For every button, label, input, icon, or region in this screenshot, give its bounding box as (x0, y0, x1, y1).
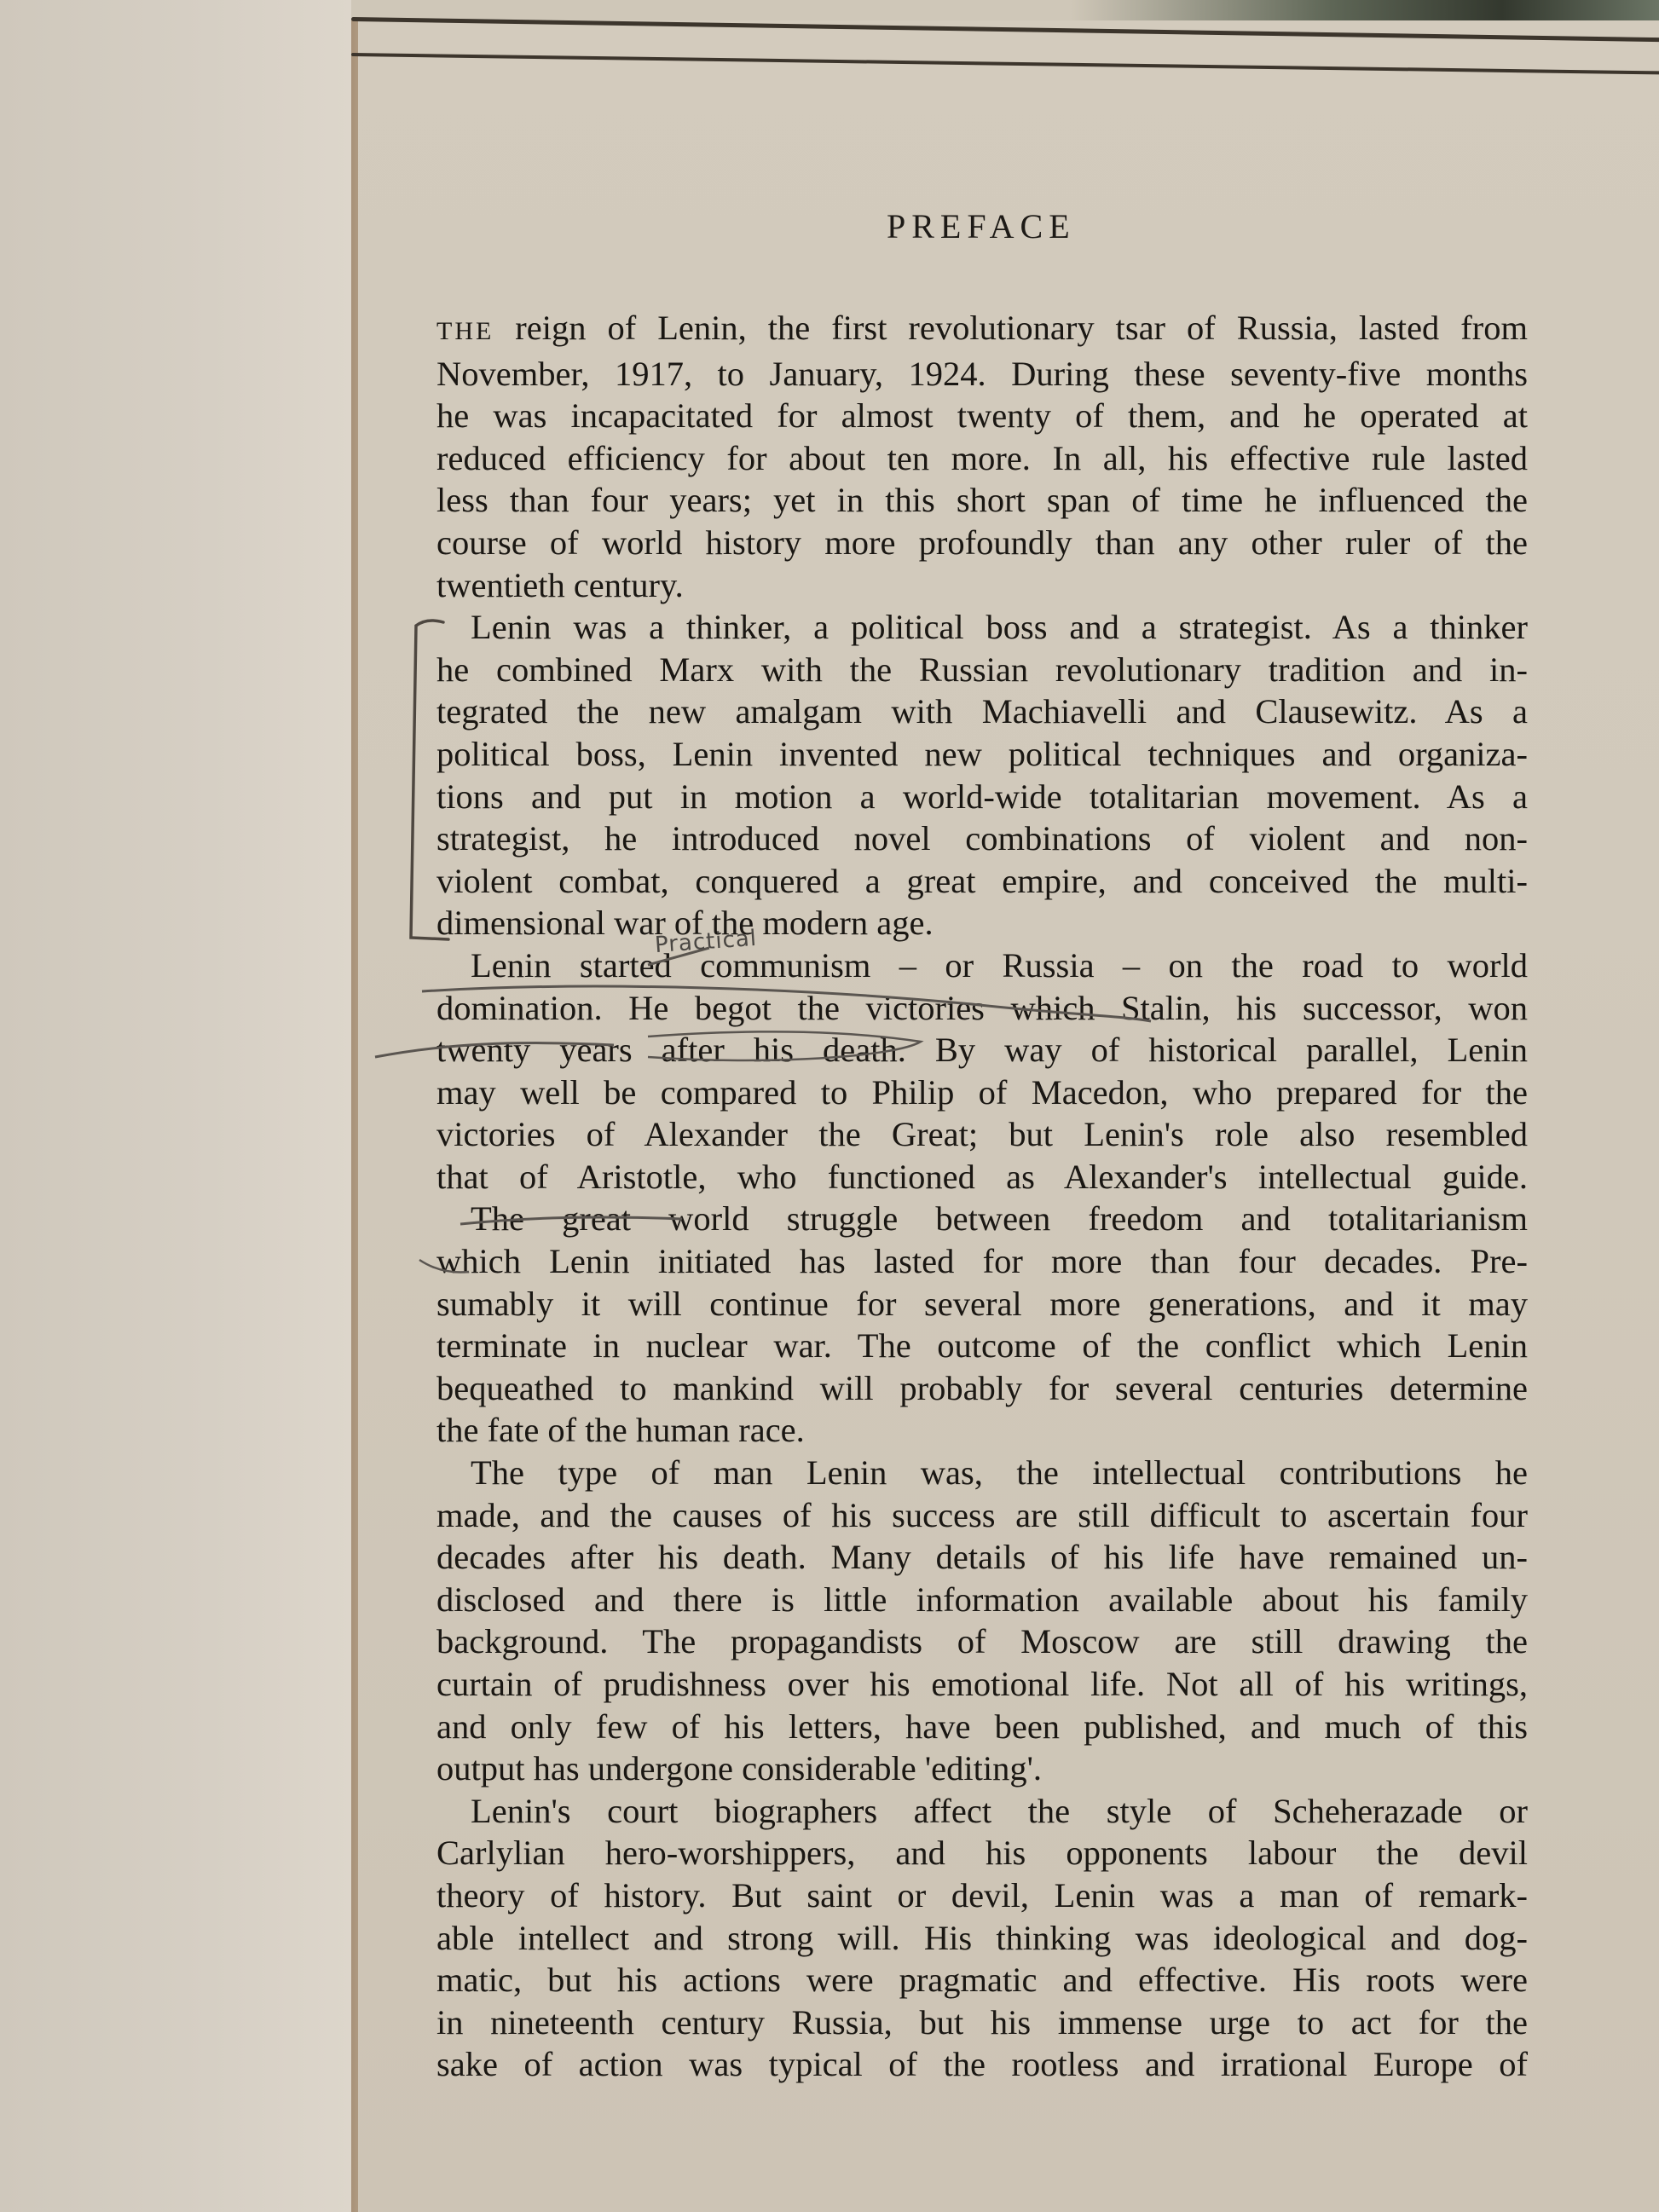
paragraph-2: Lenin was a thinker, a political boss an… (436, 606, 1528, 944)
text-line: sumably it will continue for several mor… (436, 1283, 1528, 1325)
text-line: victories of Alexander the Great; but Le… (436, 1113, 1528, 1156)
text-line: decades after his death. Many details of… (436, 1536, 1528, 1579)
text-line: less than four years; yet in this short … (436, 479, 1528, 522)
text-line: sake of action was typical of the rootle… (436, 2043, 1528, 2086)
text-line: reduced efficiency for about ten more. I… (436, 437, 1528, 480)
text-line: tegrated the new amalgam with Machiavell… (436, 690, 1528, 733)
text-line: course of world history more profoundly … (436, 522, 1528, 564)
text-line: Lenin was a thinker, a political boss an… (436, 606, 1528, 649)
text-line: bequeathed to mankind will probably for … (436, 1367, 1528, 1410)
text-line: the fate of the human race. (436, 1409, 1528, 1452)
text-line: he was incapacitated for almost twenty o… (436, 395, 1528, 437)
text-line: output has undergone considerable 'editi… (436, 1747, 1528, 1790)
text-line: THE reign of Lenin, the first revolution… (436, 307, 1528, 353)
text-line: The great world struggle between freedom… (436, 1198, 1528, 1240)
text-line: theory of history. But saint or devil, L… (436, 1874, 1528, 1917)
text-line: curtain of prudishness over his emotiona… (436, 1663, 1528, 1706)
page-title: PREFACE (887, 206, 1076, 246)
paragraph-5: The type of man Lenin was, the intellect… (436, 1452, 1528, 1790)
text-line: that of Aristotle, who functioned as Ale… (436, 1156, 1528, 1198)
preface-body: THE reign of Lenin, the first revolution… (436, 307, 1528, 2086)
text-line: in nineteenth century Russia, but his im… (436, 2001, 1528, 2044)
text-line: matic, but his actions were pragmatic an… (436, 1959, 1528, 2001)
text-line: he combined Marx with the Russian revolu… (436, 649, 1528, 691)
text-line: violent combat, conquered a great empire… (436, 860, 1528, 903)
page-top-edges (351, 0, 1659, 20)
paragraph-6: Lenin's court biographers affect the sty… (436, 1790, 1528, 2086)
text-line: Lenin's court biographers affect the sty… (436, 1790, 1528, 1833)
text-line: terminate in nuclear war. The outcome of… (436, 1325, 1528, 1367)
text-line: Carlylian hero-worshippers, and his oppo… (436, 1832, 1528, 1874)
text-line: tions and put in motion a world-wide tot… (436, 776, 1528, 818)
text-line: which Lenin initiated has lasted for mor… (436, 1240, 1528, 1283)
text-line: Lenin started communism – or Russia – on… (436, 944, 1528, 987)
text-line: disclosed and there is little informatio… (436, 1579, 1528, 1621)
text-line: background. The propagandists of Moscow … (436, 1620, 1528, 1663)
paragraph-1: THE reign of Lenin, the first revolution… (436, 307, 1528, 606)
text-line: domination. He begot the victories which… (436, 987, 1528, 1030)
text-line: and only few of his letters, have been p… (436, 1706, 1528, 1748)
text-line: political boss, Lenin invented new polit… (436, 733, 1528, 776)
text-line: dimensional war of the modern age. (436, 902, 1528, 944)
paragraph-4: The great world struggle between freedom… (436, 1198, 1528, 1452)
text-line: strategist, he introduced novel combinat… (436, 817, 1528, 860)
text-line: may well be compared to Philip of Macedo… (436, 1071, 1528, 1114)
left-page-blank (0, 0, 351, 2212)
text-line: November, 1917, to January, 1924. During… (436, 353, 1528, 396)
text-line: able intellect and strong will. His thin… (436, 1917, 1528, 1960)
paragraph-3: Lenin started communism – or Russia – on… (436, 944, 1528, 1198)
text-line: The type of man Lenin was, the intellect… (436, 1452, 1528, 1494)
text-line: twenty years after his death. By way of … (436, 1029, 1528, 1071)
text-line: made, and the causes of his success are … (436, 1494, 1528, 1537)
text-line: twentieth century. (436, 564, 1528, 607)
